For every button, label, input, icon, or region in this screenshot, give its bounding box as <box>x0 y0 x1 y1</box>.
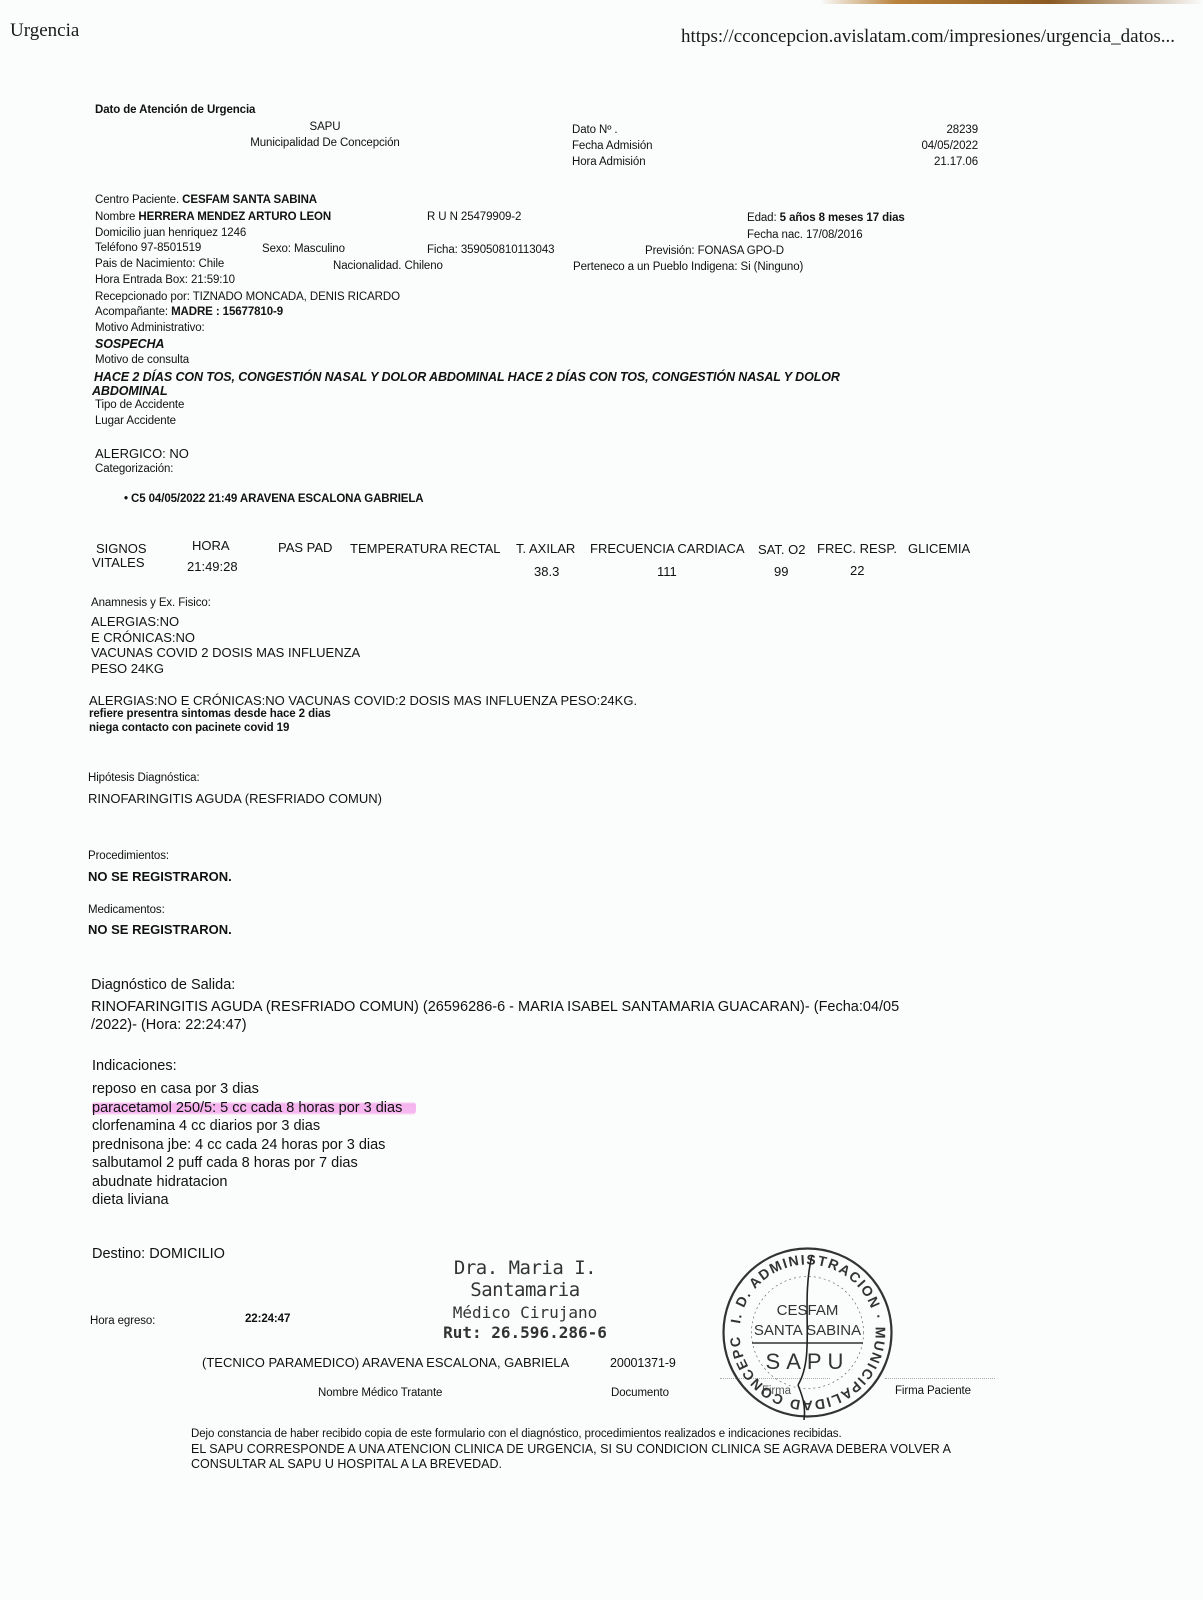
documento-value: 20001371-9 <box>610 1356 676 1370</box>
org-name: SAPU <box>230 121 420 133</box>
vitals-col-sat-o2: SAT. O2 <box>758 542 805 557</box>
org-subtitle: Municipalidad De Concepción <box>230 137 420 149</box>
disclaimer-line2: EL SAPU CORRESPONDE A UNA ATENCION CLINI… <box>191 1442 951 1456</box>
anamnesis-label: Anamnesis y Ex. Fisico: <box>91 597 211 609</box>
alergico-label: ALERGICO: <box>95 446 166 461</box>
categorizacion-label: Categorización: <box>95 463 173 475</box>
indicaciones-label: Indicaciones: <box>92 1058 177 1074</box>
scan-edge-artifact <box>820 0 1203 4</box>
pais-label: Pais de Nacimiento: <box>95 258 195 270</box>
domicilio-value: juan henriquez 1246 <box>144 227 246 239</box>
vitals-col-t-axilar: T. AXILAR <box>516 541 575 556</box>
procedimientos-label: Procedimientos: <box>88 850 169 862</box>
run-field: R U N 25479909-2 <box>427 211 521 223</box>
nombre-label: Nombre <box>95 211 135 223</box>
motivo-consulta-line2: ABDOMINAL <box>92 384 167 398</box>
firma-paciente-label: Firma Paciente <box>895 1385 971 1397</box>
medico-tratante-label: Nombre Médico Tratante <box>318 1387 442 1399</box>
medicamentos-label: Medicamentos: <box>88 904 165 916</box>
fecha-nac-label: Fecha nac. <box>747 229 803 241</box>
anamnesis-block-a: ALERGIAS:NO E CRÓNICAS:NO VACUNAS COVID … <box>91 614 360 676</box>
motivo-consulta-label: Motivo de consulta <box>95 354 189 366</box>
hora-admision-label: Hora Admisión <box>572 156 645 168</box>
dato-numero-value: 28239 <box>880 124 978 136</box>
destino-label: Destino: <box>92 1246 145 1262</box>
procedimientos-value: NO SE REGISTRARON. <box>88 869 232 884</box>
diagnostico-salida-line1: RINOFARINGITIS AGUDA (RESFRIADO COMUN) (… <box>91 999 899 1015</box>
acompanante-value: MADRE : 15677810-9 <box>171 306 283 318</box>
anamnesis-line: refiere presentra sintomas desde hace 2 … <box>89 707 331 721</box>
lugar-accidente-label: Lugar Accidente <box>95 415 176 427</box>
pueblo-field: Perteneco a un Pueblo Indigena: Si (Ning… <box>573 261 803 273</box>
sexo-field: Sexo: Masculino <box>262 243 345 255</box>
nacionalidad-field: Nacionalidad. Chileno <box>333 260 443 272</box>
print-url: https://cconcepcion.avislatam.com/impres… <box>681 26 1175 48</box>
prevision-label: Previsión: <box>645 245 695 257</box>
recepcionado-value: TIZNADO MONCADA, DENIS RICARDO <box>193 291 400 303</box>
vitals-col-hora: HORA <box>192 538 230 553</box>
diagnostico-salida-label: Diagnóstico de Salida: <box>91 977 235 993</box>
vitals-col-frec-cardiaca: FRECUENCIA CARDIACA <box>590 541 745 556</box>
dato-numero-label: Dato Nº . <box>572 124 617 136</box>
run-label: R U N <box>427 211 458 223</box>
acompanante-label: Acompañante: <box>95 306 168 318</box>
hora-admision-value: 21.17.06 <box>880 156 978 168</box>
stamp-doctor-rut: Rut: 26.596.286-6 <box>405 1323 645 1342</box>
domicilio-label: Domicilio <box>95 227 141 239</box>
domicilio-field: Domicilio juan henriquez 1246 <box>95 227 246 239</box>
hora-box-field: Hora Entrada Box: 21:59:10 <box>95 274 235 286</box>
vitals-val-frec-cardiaca: 111 <box>657 564 677 579</box>
bullet-icon: • <box>124 493 131 505</box>
anamnesis-line: PESO 24KG <box>91 661 360 677</box>
vitals-val-hora: 21:49:28 <box>187 559 238 574</box>
vitals-row-label-2: VITALES <box>92 555 145 570</box>
stamp-doctor-title: Médico Cirujano <box>405 1303 645 1322</box>
fecha-nac-field: Fecha nac. 17/08/2016 <box>747 229 863 241</box>
indicaciones-list: reposo en casa por 3 dias paracetamol 25… <box>92 1080 416 1210</box>
doctor-signature-stamp: Dra. Maria I. Santamaria Médico Cirujano… <box>405 1257 645 1342</box>
hipotesis-value: RINOFARINGITIS AGUDA (RESFRIADO COMUN) <box>88 791 382 806</box>
institution-seal: I. D. ADMINISTRACION · MUNICIPALIDAD CON… <box>720 1245 895 1420</box>
pueblo-value: Si (Ninguno) <box>741 261 804 273</box>
vitals-val-sat-o2: 99 <box>774 564 788 579</box>
categorizacion-item: • C5 04/05/2022 21:49 ARAVENA ESCALONA G… <box>124 493 424 505</box>
indicacion-item: prednisona jbe: 4 cc cada 24 horas por 3… <box>92 1136 416 1155</box>
nombre-value: HERRERA MENDEZ ARTURO LEON <box>138 211 331 223</box>
vitals-val-frec-resp: 22 <box>850 563 864 578</box>
indicacion-item-highlighted: paracetamol 250/5: 5 cc cada 8 horas por… <box>92 1099 416 1118</box>
pueblo-label: Perteneco a un Pueblo Indigena: <box>573 261 737 273</box>
pais-value: Chile <box>198 258 224 270</box>
nacionalidad-value: Chileno <box>405 260 443 272</box>
disclaimer-line3: CONSULTAR AL SAPU U HOSPITAL A LA BREVED… <box>191 1457 502 1471</box>
indicacion-item: salbutamol 2 puff cada 8 horas por 7 dia… <box>92 1154 416 1173</box>
anamnesis-summary: ALERGIAS:NO E CRÓNICAS:NO VACUNAS COVID:… <box>89 693 637 708</box>
medicamentos-value: NO SE REGISTRARON. <box>88 922 232 937</box>
documento-label: Documento <box>611 1387 669 1399</box>
highlighted-text: paracetamol 250/5: 5 cc cada 8 horas por… <box>92 1100 416 1116</box>
hora-box-label: Hora Entrada Box: <box>95 274 188 286</box>
sexo-label: Sexo: <box>262 243 291 255</box>
indicacion-item: dieta liviana <box>92 1191 416 1210</box>
tipo-accidente-label: Tipo de Accidente <box>95 399 184 411</box>
diagnostico-salida-line2: /2022)- (Hora: 22:24:47) <box>91 1017 247 1033</box>
destino-field: Destino: DOMICILIO <box>92 1246 225 1262</box>
sexo-value: Masculino <box>294 243 345 255</box>
edad-value: 5 años 8 meses 17 dias <box>780 212 905 224</box>
edad-field: Edad: 5 años 8 meses 17 dias <box>747 212 905 224</box>
fecha-nac-value: 17/08/2016 <box>806 229 863 241</box>
indicacion-item: clorfenamina 4 cc diarios por 3 dias <box>92 1117 416 1136</box>
telefono-label: Teléfono <box>95 242 138 254</box>
ficha-label: Ficha: <box>427 244 458 256</box>
anamnesis-block-c: refiere presentra sintomas desde hace 2 … <box>89 707 331 735</box>
alergico-value: NO <box>169 446 189 461</box>
alergico-field: ALERGICO: NO <box>95 446 189 461</box>
stamp-doctor-name: Dra. Maria I. Santamaria <box>405 1257 645 1301</box>
vitals-col-glicemia: GLICEMIA <box>908 541 970 556</box>
telefono-value: 97-8501519 <box>141 242 201 254</box>
run-value: 25479909-2 <box>461 211 521 223</box>
hora-box-value: 21:59:10 <box>191 274 235 286</box>
document-title: Dato de Atención de Urgencia <box>95 104 255 116</box>
nacionalidad-label: Nacionalidad. <box>333 260 401 272</box>
edad-label: Edad: <box>747 212 777 224</box>
fecha-admision-label: Fecha Admisión <box>572 140 652 152</box>
nombre-paciente: Nombre HERRERA MENDEZ ARTURO LEON <box>95 211 331 223</box>
indicacion-item: reposo en casa por 3 dias <box>92 1080 416 1099</box>
seal-icon: I. D. ADMINISTRACION · MUNICIPALIDAD CON… <box>720 1245 895 1420</box>
hipotesis-label: Hipótesis Diagnóstica: <box>88 772 200 784</box>
recepcionado-label: Recepcionado por: <box>95 291 190 303</box>
fecha-admision-value: 04/05/2022 <box>880 140 978 152</box>
disclaimer-line1: Dejo constancia de haber recibido copia … <box>191 1428 842 1440</box>
hora-egreso-label: Hora egreso: <box>90 1315 155 1327</box>
print-page-title: Urgencia <box>10 20 79 42</box>
anamnesis-line: ALERGIAS:NO <box>91 614 360 630</box>
anamnesis-line: E CRÓNICAS:NO <box>91 630 360 646</box>
recepcionado-field: Recepcionado por: TIZNADO MONCADA, DENIS… <box>95 291 400 303</box>
acompanante-field: Acompañante: MADRE : 15677810-9 <box>95 306 283 318</box>
anamnesis-line: VACUNAS COVID 2 DOSIS MAS INFLUENZA <box>91 645 360 661</box>
firma-paciente-line <box>885 1378 995 1379</box>
telefono-field: Teléfono 97-8501519 <box>95 242 201 254</box>
motivo-admin-label: Motivo Administrativo: <box>95 322 205 334</box>
indicacion-item: abudnate hidratacion <box>92 1173 416 1192</box>
motivo-admin-value: SOSPECHA <box>95 337 164 351</box>
centro-paciente: Centro Paciente. CESFAM SANTA SABINA <box>95 194 317 206</box>
motivo-consulta-line1: HACE 2 DÍAS CON TOS, CONGESTIÓN NASAL Y … <box>94 370 840 384</box>
ficha-value: 359050810113043 <box>461 244 555 256</box>
hora-egreso-value: 22:24:47 <box>245 1313 290 1325</box>
vitals-val-t-axilar: 38.3 <box>534 564 559 579</box>
prevision-value: FONASA GPO-D <box>698 245 784 257</box>
centro-label: Centro Paciente. <box>95 194 179 206</box>
vitals-col-pas-pad: PAS PAD <box>278 540 332 555</box>
vitals-row-label-1: SIGNOS <box>96 541 147 556</box>
pais-field: Pais de Nacimiento: Chile <box>95 258 224 270</box>
ficha-field: Ficha: 359050810113043 <box>427 244 554 256</box>
vitals-col-frec-resp: FREC. RESP. <box>817 541 897 556</box>
centro-value: CESFAM SANTA SABINA <box>182 194 317 206</box>
medico-tratante-value: (TECNICO PARAMEDICO) ARAVENA ESCALONA, G… <box>202 1355 569 1370</box>
categorizacion-value: C5 04/05/2022 21:49 ARAVENA ESCALONA GAB… <box>131 493 423 505</box>
anamnesis-line: niega contacto con pacinete covid 19 <box>89 721 331 735</box>
prevision-field: Previsión: FONASA GPO-D <box>645 245 784 257</box>
destino-value: DOMICILIO <box>149 1246 225 1262</box>
vitals-col-temp-rectal: TEMPERATURA RECTAL <box>350 541 500 556</box>
